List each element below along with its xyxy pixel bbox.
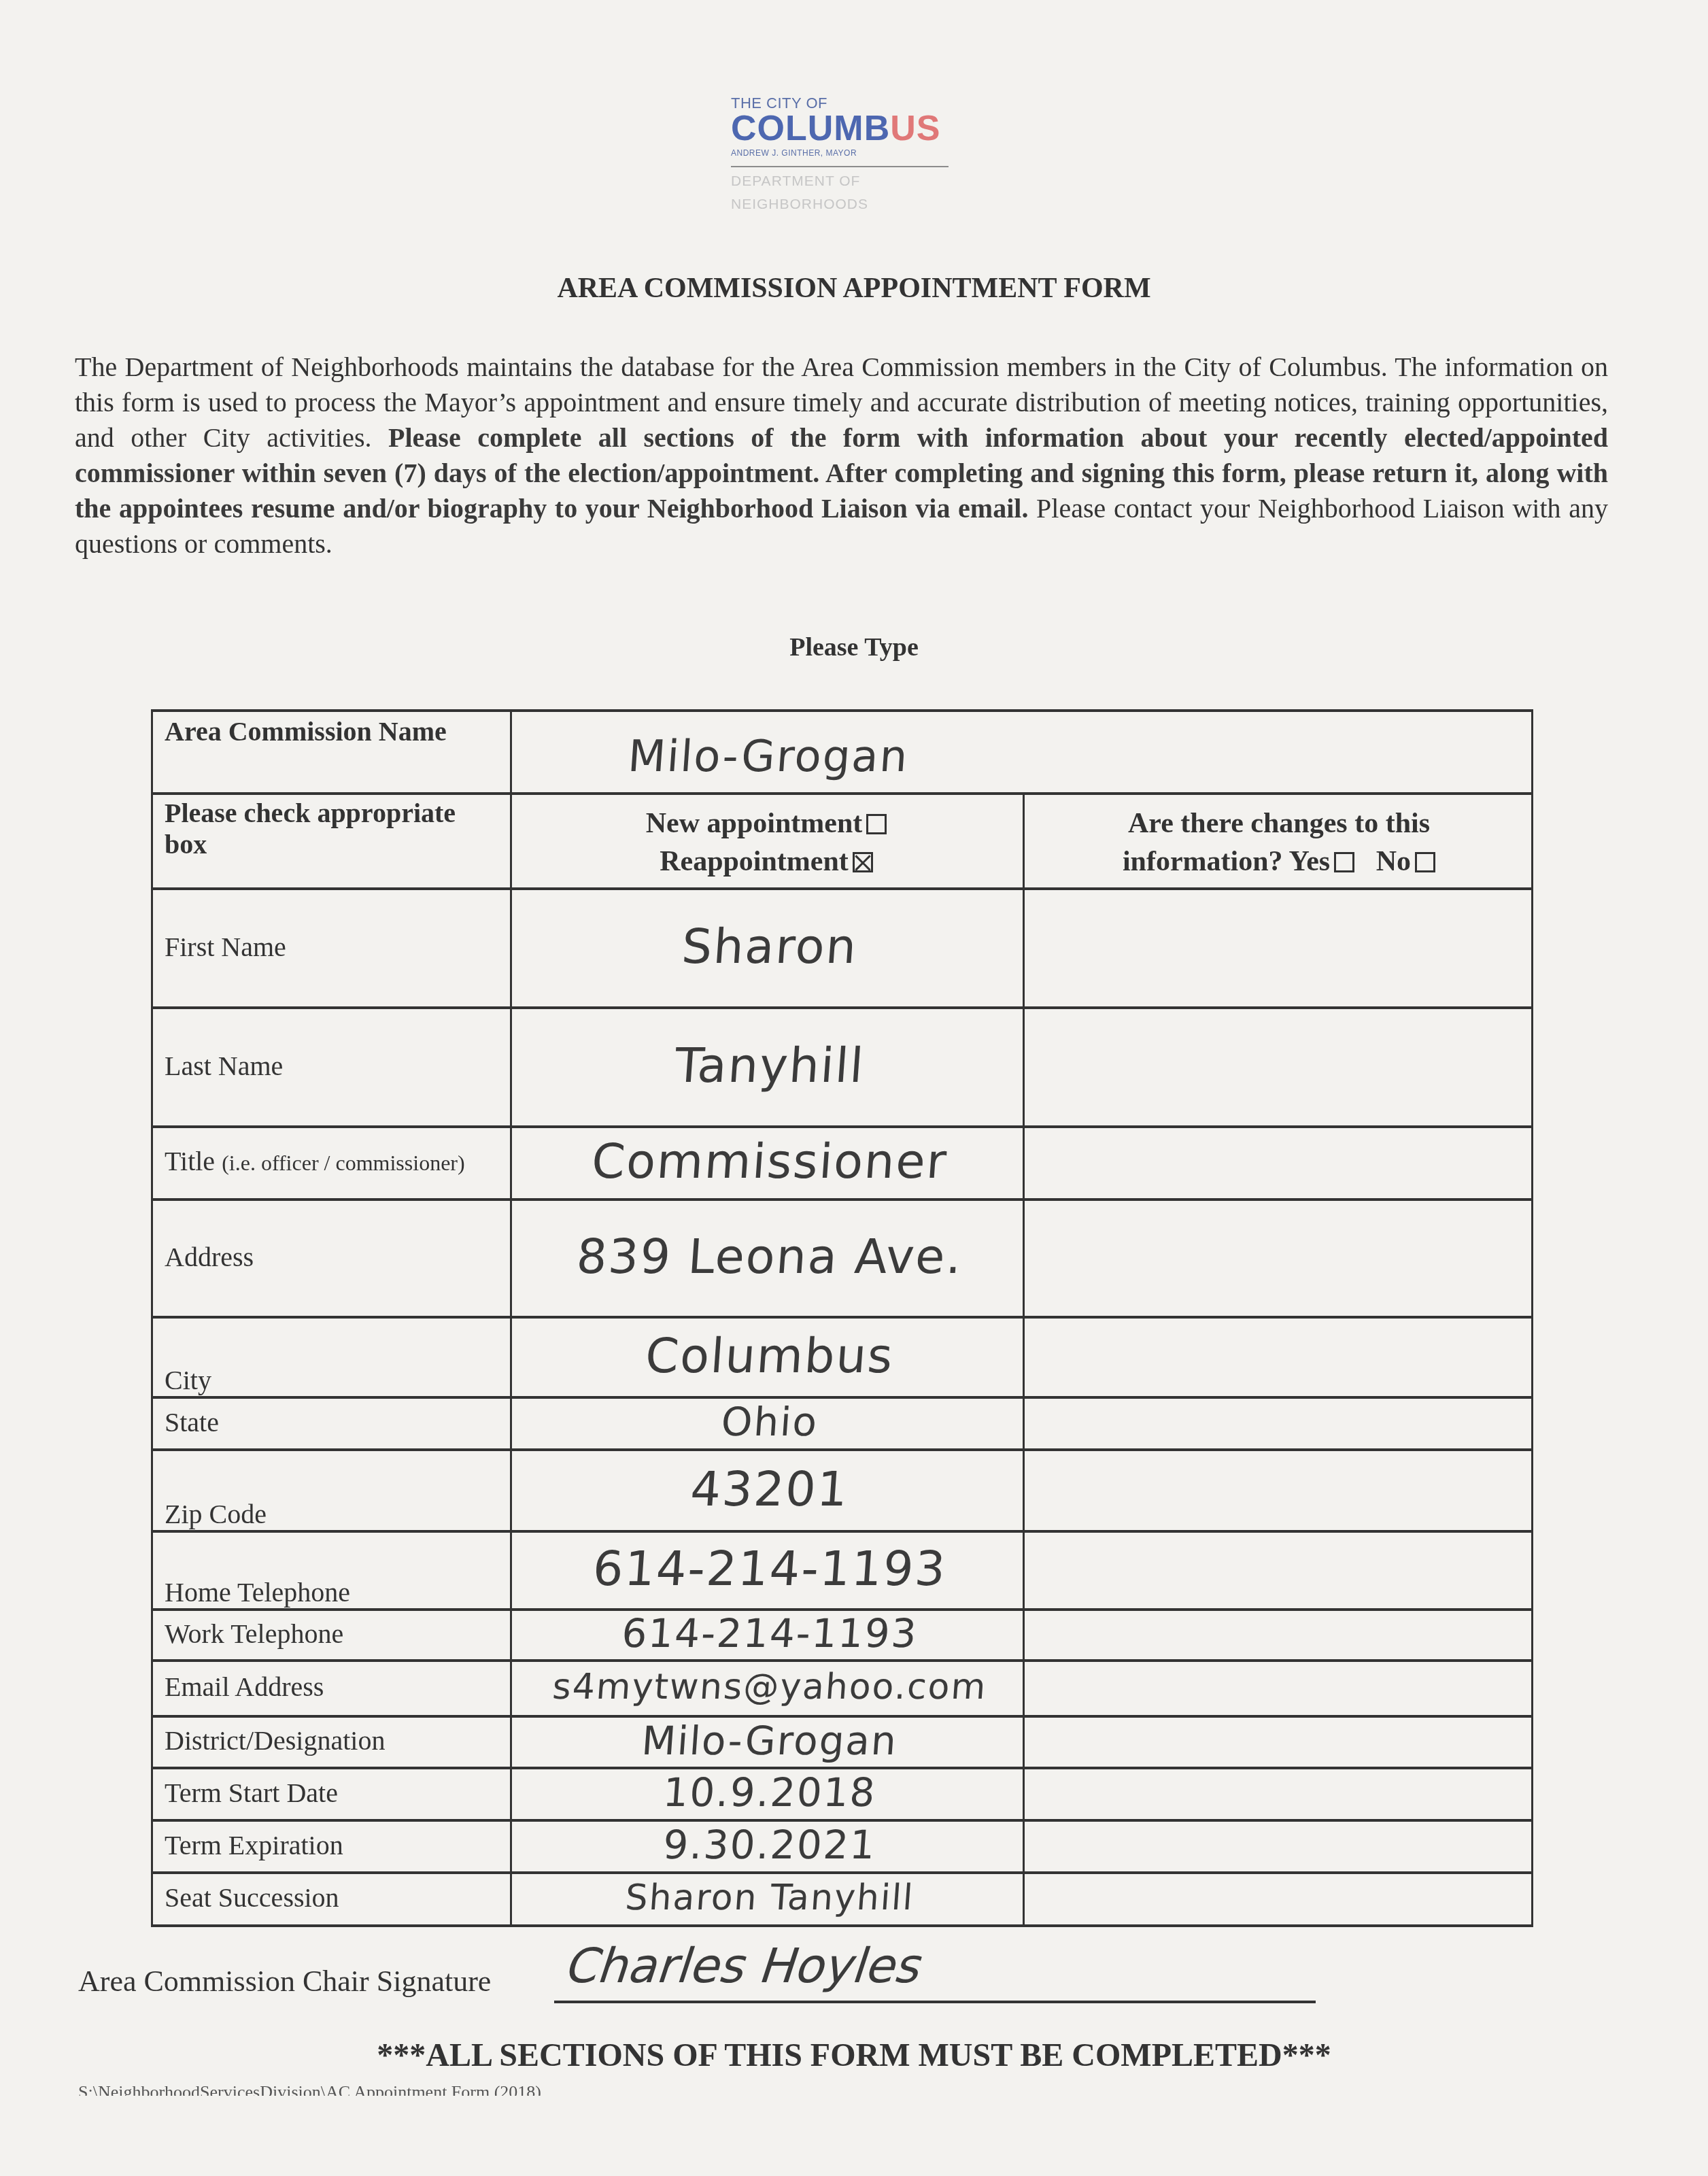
- signature-value[interactable]: Charles Hoyles: [559, 1938, 932, 1994]
- table-row-divider: [151, 1316, 1533, 1319]
- table-row-divider: [151, 1125, 1533, 1128]
- changes-field[interactable]: [1028, 887, 1528, 1006]
- logo-divider: [731, 166, 949, 167]
- changes-field[interactable]: [1028, 1316, 1528, 1396]
- field-value[interactable]: Columbus: [515, 1316, 1024, 1396]
- field-label-text: City: [165, 1365, 505, 1396]
- table-row-divider: [151, 1715, 1533, 1718]
- footer-file-path: S:\NeighborhoodServicesDivision\AC Appoi…: [78, 2082, 541, 2096]
- field-value[interactable]: Milo-Grogan: [516, 1715, 1023, 1767]
- changes-field[interactable]: [1028, 1871, 1528, 1924]
- no-label: No: [1376, 846, 1411, 877]
- field-value[interactable]: 43201: [515, 1448, 1024, 1530]
- field-label: Last Name: [151, 1006, 505, 1125]
- new-appointment-label: New appointment: [646, 808, 863, 839]
- table-row-divider: [151, 1530, 1533, 1533]
- field-label: City: [151, 1316, 505, 1396]
- field-label: Seat Succession: [151, 1871, 505, 1924]
- field-label-text: Seat Succession: [165, 1882, 505, 1914]
- field-label-text: Last Name: [165, 1051, 505, 1082]
- changes-field[interactable]: [1028, 1767, 1528, 1819]
- signature-line: [554, 2001, 1316, 2003]
- signature-label: Area Commission Chair Signature: [78, 1964, 491, 1999]
- logo-mayor: ANDREW J. GINTHER, MAYOR: [731, 148, 976, 158]
- field-value[interactable]: 839 Leona Ave.: [514, 1198, 1025, 1316]
- field-value[interactable]: 10.9.2018: [516, 1767, 1023, 1819]
- changes-field[interactable]: [1028, 1608, 1528, 1659]
- table-row-divider: [151, 1396, 1533, 1399]
- logo-department-line2: NEIGHBORHOODS: [731, 196, 976, 214]
- table-row-divider: [151, 1198, 1533, 1201]
- table-row-divider: [151, 1924, 1533, 1927]
- yes-checkbox[interactable]: [1334, 852, 1354, 872]
- field-label: Email Address: [151, 1659, 505, 1715]
- table-row-divider: [151, 792, 1533, 795]
- field-value[interactable]: Tanyhill: [514, 1006, 1025, 1125]
- no-checkbox[interactable]: [1415, 852, 1435, 872]
- logo-columbus-accent: US: [890, 109, 940, 148]
- field-label: State: [151, 1396, 505, 1448]
- table-row-divider: [151, 1871, 1533, 1874]
- table-row-divider: [151, 709, 1533, 712]
- field-label: Address: [151, 1198, 505, 1316]
- logo-columbus: COLUMBUS: [731, 112, 976, 146]
- field-value[interactable]: 9.30.2021: [516, 1819, 1023, 1871]
- field-label-text: Title: [165, 1146, 215, 1176]
- field-label: First Name: [151, 887, 505, 1006]
- table-row-divider: [151, 1608, 1533, 1611]
- field-label-text: Home Telephone: [165, 1577, 505, 1608]
- changes-question-line1: Are there changes to this: [1025, 804, 1533, 843]
- changes-field[interactable]: [1028, 1396, 1528, 1448]
- reappointment-option: Reappointment: [510, 843, 1023, 881]
- changes-field[interactable]: [1028, 1125, 1528, 1198]
- changes-field[interactable]: [1028, 1530, 1528, 1608]
- new-appointment-checkbox[interactable]: [866, 814, 887, 834]
- table-row-divider: [151, 1006, 1533, 1009]
- changes-field[interactable]: [1028, 1198, 1528, 1316]
- changes-field[interactable]: [1028, 1659, 1528, 1715]
- field-value[interactable]: s4mytwns@yahoo.com: [516, 1659, 1023, 1715]
- table-row-divider: [151, 887, 1533, 890]
- field-label: Title (i.e. officer / commissioner): [151, 1125, 505, 1198]
- table-column-divider: [1023, 792, 1025, 1924]
- field-value[interactable]: Sharon: [514, 887, 1025, 1006]
- table-row-divider: [151, 1659, 1533, 1662]
- field-label-text: Work Telephone: [165, 1618, 505, 1650]
- reappointment-checkbox[interactable]: [853, 852, 873, 872]
- field-label-text: District/Designation: [165, 1725, 505, 1756]
- check-box-label: Please check appropriate box: [151, 798, 505, 860]
- reappointment-label: Reappointment: [660, 846, 849, 877]
- logo-columbus-main: COLUMB: [731, 109, 890, 148]
- field-value[interactable]: Commissioner: [515, 1125, 1023, 1198]
- appointment-type-group: New appointment Reappointment: [510, 804, 1023, 881]
- field-label: Term Start Date: [151, 1767, 505, 1819]
- field-label: Term Expiration: [151, 1819, 505, 1871]
- field-label: Work Telephone: [151, 1608, 505, 1659]
- signature-row: Area Commission Chair Signature Charles …: [78, 1958, 1248, 2026]
- form-title: AREA COMMISSION APPOINTMENT FORM: [0, 272, 1708, 305]
- new-appointment-option: New appointment: [510, 804, 1023, 843]
- field-label-text: Zip Code: [165, 1499, 505, 1530]
- field-label: District/Designation: [151, 1715, 505, 1767]
- changes-question-line2: information?: [1123, 846, 1283, 877]
- logo-department-line1: DEPARTMENT OF: [731, 173, 976, 190]
- please-type-heading: Please Type: [0, 632, 1708, 662]
- appointment-table: Area Commission Name Milo-Grogan Please …: [151, 709, 1533, 1924]
- field-value[interactable]: Sharon Tanyhill: [516, 1871, 1023, 1924]
- table-row-divider: [151, 1767, 1533, 1769]
- city-of-columbus-logo: THE CITY OF COLUMBUS ANDREW J. GINTHER, …: [731, 95, 976, 214]
- table-row-divider: [151, 1819, 1533, 1822]
- commission-name-label: Area Commission Name: [151, 716, 505, 747]
- changes-question-group: Are there changes to this information? Y…: [1025, 804, 1533, 881]
- field-label: Zip Code: [151, 1448, 505, 1530]
- field-label-text: First Name: [165, 932, 505, 963]
- field-value[interactable]: 614-214-1193: [515, 1530, 1024, 1608]
- completion-notice: ***ALL SECTIONS OF THIS FORM MUST BE COM…: [0, 2037, 1708, 2074]
- field-label-note: (i.e. officer / commissioner): [222, 1151, 465, 1175]
- changes-field[interactable]: [1028, 1819, 1528, 1871]
- field-label-text: Term Expiration: [165, 1830, 505, 1861]
- field-value[interactable]: Ohio: [516, 1396, 1023, 1448]
- table-row-divider: [151, 1448, 1533, 1451]
- table-column-divider: [1531, 709, 1533, 1924]
- commission-name-field[interactable]: Milo-Grogan: [508, 723, 1029, 791]
- changes-field[interactable]: [1028, 1006, 1528, 1125]
- field-label: Home Telephone: [151, 1530, 505, 1608]
- field-label-text: Address: [165, 1242, 505, 1273]
- intro-paragraph: The Department of Neighborhoods maintain…: [75, 350, 1608, 562]
- changes-field[interactable]: [1028, 1448, 1528, 1530]
- changes-answer-line: information? Yes No: [1025, 843, 1533, 881]
- field-label-text: Term Start Date: [165, 1778, 505, 1809]
- yes-label: Yes: [1289, 846, 1331, 877]
- table-column-divider: [510, 709, 512, 1924]
- field-value[interactable]: 614-214-1193: [516, 1608, 1023, 1659]
- field-label-text: Email Address: [165, 1671, 505, 1703]
- changes-field[interactable]: [1028, 1715, 1528, 1767]
- field-label-text: State: [165, 1407, 505, 1438]
- table-column-divider: [151, 709, 153, 1924]
